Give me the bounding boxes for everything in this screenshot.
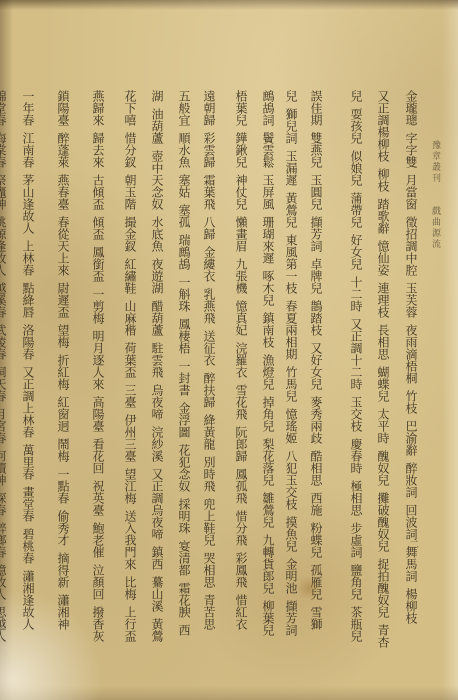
tune-name: 踏歌辭 — [376, 198, 390, 234]
tune-name: 彩鳳飛 — [234, 552, 248, 588]
tune-name: 一點春 — [56, 468, 70, 504]
tune-name: 擷芳詞 — [284, 600, 298, 636]
tune-name: 兜上鞋兒 — [202, 498, 216, 546]
tune-column: 兒耍孩兒似娘兒蒲帶兒好女兒十二時又正調十二時玉交枝慶春時極相思步虛詞鹽角兒茶瓶兒 — [344, 90, 371, 682]
tune-column: 梧葉兒鏵鍬兒神仗兒懶畫眉九張機憶真妃浣羅衣雪花飛阮郎歸鳳孤飛惜分飛彩鳳飛惜紅衣 — [229, 90, 256, 682]
tune-name: 蝴蝶兒 — [376, 366, 390, 402]
tune-name: 萬里春 — [21, 444, 35, 480]
tune-name: 探春 — [0, 492, 7, 516]
scanned-book-page: 豫章叢刊 戲曲源流 二 金瓏璁字字雙月當窗徵招調中腔玉芙蓉夜雨滴梧桐竹枝巴渝辭醉… — [0, 0, 458, 700]
tune-column: 五般宜順水魚塞姑塞孤瑞鷓鴣一斛珠鳳棲梧一封書金浮圖花犯念奴採明珠宴清都霜花腴西 — [172, 90, 197, 682]
tune-name: 荷葉盃 — [123, 342, 137, 378]
tune-name: 黃鶯 — [150, 618, 164, 642]
tune-name: 乳燕飛 — [202, 288, 216, 324]
tune-name: 耍孩兒 — [349, 108, 363, 144]
tune-name: 河瀆神 — [0, 450, 7, 486]
tune-name: 古傾盃 — [91, 174, 105, 210]
tune-name: 上林春 — [21, 240, 35, 276]
tune-name: 巴渝辭 — [404, 420, 418, 456]
tune-name: 明月逐人來 — [91, 330, 105, 390]
tune-name: 茶瓶兒 — [349, 606, 363, 642]
tune-name: 絳黃龍 — [202, 414, 216, 450]
tune-name: 雪獅 — [309, 606, 323, 630]
tune-name: 比梅 — [123, 576, 137, 600]
tune-name: 夜雨滴梧桐 — [404, 324, 418, 384]
tune-name: 憶故人 — [0, 564, 7, 600]
tune-name: 蒲帶兒 — [349, 192, 363, 228]
tune-name: 思越人 — [0, 606, 7, 642]
tune-name: 鎖陽臺 — [56, 90, 70, 126]
tune-name: 玉屏風 — [261, 174, 275, 210]
tune-name: 十二時 — [349, 276, 363, 312]
tune-name: 採明珠 — [177, 498, 191, 534]
tune-name: 望梅 — [56, 324, 70, 348]
tune-name: 又正調烏夜啼 — [150, 468, 164, 540]
tune-name: 八犯玉交枝 — [284, 450, 298, 510]
tune-name: 鎮西 — [150, 546, 164, 570]
tune-name: 黃鶯兒 — [284, 192, 298, 228]
tune-column: 金瓏璁字字雙月當窗徵招調中腔玉芙蓉夜雨滴梧桐竹枝巴渝辭醉妝詞回波詞舞馬詞楊柳枝 — [399, 90, 434, 682]
tune-name: 攤破醜奴兒 — [376, 492, 390, 552]
tune-name: 朝玉階 — [123, 174, 137, 210]
tune-name: 舞馬詞 — [404, 546, 418, 582]
tune-name: 鏵鍬兒 — [234, 132, 248, 168]
tune-name: 連理枝 — [376, 282, 390, 318]
tune-name: 越溪春 — [0, 282, 7, 318]
tune-name: 醜奴兒 — [376, 450, 390, 486]
tune-name: 一年春 — [21, 90, 35, 126]
tune-name: 金瓏璁 — [404, 90, 418, 126]
tune-name: 惜分釵 — [123, 132, 137, 168]
tune-name: 鳳棲梧 — [177, 318, 191, 354]
tune-name: 燕歸來 — [91, 90, 105, 126]
tune-column: 鎖陽臺醉蓬萊燕春臺春從天上來尉遲盃望梅折紅梅紅窗迥鬧梅一點春偷秀才摘得新瀟湘神 — [51, 90, 86, 682]
tune-column: 又正調楊柳枝柳枝踏歌辭憶仙姿連理枝長相思蝴蝶兒太平時醜奴兒攤破醜奴兒捉拍醜奴兒青… — [371, 90, 399, 682]
tune-column: 花下嘻惜分釵朝玉階撮金釵紅繡鞋山麻稭荷葉盃三臺伊州三臺望江梅送入我門來比梅上行盃 — [118, 90, 145, 682]
tune-name: 瑞鷓鴣 — [177, 234, 191, 270]
tune-name: 獅兒詞 — [284, 108, 298, 144]
tune-name: 一封書 — [177, 360, 191, 396]
tune-name: 水底魚 — [150, 216, 164, 252]
tune-name: 懶畫眉 — [234, 216, 248, 252]
tune-name: 一剪梅 — [91, 288, 105, 324]
tune-name: 好女兒 — [349, 234, 363, 270]
tune-name: 醋葫蘆 — [150, 300, 164, 336]
tune-name: 送征衣 — [202, 330, 216, 366]
tune-name: 阮郎歸 — [234, 426, 248, 462]
tune-name: 又正調楊柳枝 — [376, 90, 390, 162]
tune-name: 醉鄉春 — [0, 522, 7, 558]
tune-name: 楊柳枝 — [404, 588, 418, 624]
tune-name: 梨花落兒 — [261, 438, 275, 486]
tune-name: 油葫蘆 — [150, 108, 164, 144]
tune-name: 麥秀兩歧 — [309, 396, 323, 444]
tune-name: 青杏 — [376, 624, 390, 648]
tune-name: 塞姑 — [177, 174, 191, 198]
tune-name: 憶仙姿 — [376, 240, 390, 276]
tune-name: 玉芙蓉 — [404, 282, 418, 318]
tune-name: 鬢雲鬆 — [261, 132, 275, 168]
tune-name: 九轉貨郎兒 — [261, 534, 275, 594]
tune-name: 烏夜啼 — [150, 384, 164, 420]
tune-name: 五般宜 — [177, 90, 191, 126]
tune-name: 望江梅 — [123, 468, 137, 504]
tune-name: 長相思 — [376, 324, 390, 360]
tune-name: 鷓鴣詞 — [261, 90, 275, 126]
tune-name: 憶瑤姬 — [284, 408, 298, 444]
tune-name: 憶真妃 — [234, 300, 248, 336]
tune-name: 折紅梅 — [56, 354, 70, 390]
tune-name: 卓牌兒 — [309, 258, 323, 294]
tune-name: 醉扶歸 — [202, 372, 216, 408]
tune-name: 夜遊湖 — [150, 258, 164, 294]
tune-name: 浣羅衣 — [234, 342, 248, 378]
tune-name: 珊瑚來遲 — [261, 216, 275, 264]
tune-name: 梧葉兒 — [234, 90, 248, 126]
tune-name: 武陵春 — [0, 324, 7, 360]
tune-name: 柳枝 — [376, 168, 390, 192]
tune-name: 別時飛 — [202, 456, 216, 492]
tune-name: 玉圓兒 — [309, 174, 323, 210]
tune-name: 畫堂春 — [21, 486, 35, 522]
tune-name: 桃源逢故人 — [0, 216, 7, 276]
tune-name: 鵲踏枝 — [309, 300, 323, 336]
tune-name: 青苦思 — [202, 594, 216, 630]
tune-name: 歸去來 — [91, 132, 105, 168]
tune-name: 宴清都 — [177, 540, 191, 576]
tune-name: 鎮南枝 — [261, 312, 275, 348]
tune-name: 玉交枝 — [349, 396, 363, 432]
tune-name: 兒 — [284, 90, 298, 102]
tune-name: 柳葉兒 — [261, 600, 275, 636]
tune-name: 江南春 — [21, 132, 35, 168]
tune-name: 彩雲歸 — [202, 132, 216, 168]
tune-column: 燕歸來歸去來古傾盃傾盃鳳銜盃一剪梅明月逐人來高陽臺看花回祝英臺鮑老催泣顏回撥香灰 — [86, 90, 118, 682]
tune-name: 西施 — [309, 492, 323, 516]
tune-name: 似娘兒 — [349, 150, 363, 186]
tune-name: 金浮圖 — [177, 402, 191, 438]
tune-name: 祭竈神 — [0, 174, 7, 210]
tune-name: 湖 — [150, 90, 164, 102]
tune-name: 雙燕兒 — [309, 132, 323, 168]
tune-name: 東風第一枝 — [284, 234, 298, 294]
tune-name: 驀山溪 — [150, 576, 164, 612]
tune-columns: 金瓏璁字字雙月當窗徵招調中腔玉芙蓉夜雨滴梧桐竹枝巴渝辭醉妝詞回波詞舞馬詞楊柳枝又… — [20, 90, 434, 682]
tune-name: 遠朝歸 — [202, 90, 216, 126]
tune-name: 洛陽春 — [21, 324, 35, 360]
tune-name: 摘得新 — [56, 552, 70, 588]
tune-column: 錦堂春海棠春祭竈神桃源逢故人越溪春武陵春洞天春月宮春河瀆神探春醉鄉春憶故人思越人 — [0, 90, 16, 682]
tune-name: 春夏兩相期 — [284, 300, 298, 360]
tune-name: 又正調上林春 — [21, 366, 35, 438]
tune-name: 浣紗溪 — [150, 426, 164, 462]
tune-name: 花下嘻 — [123, 90, 137, 126]
tune-name: 燕春臺 — [56, 174, 70, 210]
tune-name: 洞天春 — [0, 366, 7, 402]
tune-name: 竹枝 — [404, 390, 418, 414]
tune-name: 春從天上來 — [56, 216, 70, 276]
tune-name: 伊州三臺 — [123, 414, 137, 462]
tune-name: 粉蝶兒 — [309, 522, 323, 558]
tune-name: 看花回 — [91, 438, 105, 474]
tune-name: 捉拍醜奴兒 — [376, 558, 390, 618]
tune-name: 誤佳期 — [309, 90, 323, 126]
tune-name: 瀟湘逢故人 — [21, 570, 35, 630]
tune-name: 兒 — [349, 90, 363, 102]
tune-name: 偷秀才 — [56, 510, 70, 546]
tune-name: 紅窗迥 — [56, 396, 70, 432]
tune-name: 啄木兒 — [261, 270, 275, 306]
tune-name: 回波詞 — [404, 504, 418, 540]
tune-name: 漁燈兒 — [261, 354, 275, 390]
tune-name: 月宮春 — [0, 408, 7, 444]
tune-name: 鳳銜盃 — [91, 246, 105, 282]
tune-name: 玉漏遲 — [284, 150, 298, 186]
tune-name: 徵招調中腔 — [404, 216, 418, 276]
tune-name: 花犯念奴 — [177, 444, 191, 492]
tune-name: 紅繡鞋 — [123, 258, 137, 294]
tune-name: 雪花飛 — [234, 384, 248, 420]
tune-name: 字字雙 — [404, 132, 418, 168]
tune-name: 碧桃春 — [21, 528, 35, 564]
tune-name: 霜花腴 — [177, 582, 191, 618]
tune-name: 霜葉飛 — [202, 174, 216, 210]
tune-column: 遠朝歸彩雲歸霜葉飛八歸金縷衣乳燕飛送征衣醉扶歸絳黃龍別時飛兜上鞋兒哭相思青苦思 — [197, 90, 229, 682]
tune-name: 泣顏回 — [91, 564, 105, 600]
tune-column: 湖油葫蘆壺中天念奴水底魚夜遊湖醋葫蘆駐雲飛烏夜啼浣紗溪又正調烏夜啼鎮西驀山溪黃鶯 — [145, 90, 172, 682]
tune-name: 鮑老催 — [91, 522, 105, 558]
tune-name: 神仗兒 — [234, 174, 248, 210]
tune-name: 尉遲盃 — [56, 282, 70, 318]
tune-column: 鷓鴣詞鬢雲鬆玉屏風珊瑚來遲啄木兒鎮南枝漁燈兒掉角兒梨花落兒雛鶯兒九轉貨郎兒柳葉兒 — [256, 90, 279, 682]
paper-stain — [296, 577, 322, 599]
tune-name: 惜紅衣 — [234, 594, 248, 630]
tune-name: 鬧梅 — [56, 438, 70, 462]
tune-name: 極相思 — [349, 480, 363, 516]
tune-name: 山麻稭 — [123, 300, 137, 336]
tune-name: 送入我門來 — [123, 510, 137, 570]
tune-name: 海棠春 — [0, 132, 7, 168]
tune-name: 八歸 — [202, 216, 216, 240]
tune-name: 傾盃 — [91, 216, 105, 240]
tune-name: 擷芳詞 — [309, 216, 323, 252]
tune-name: 撥香灰 — [91, 606, 105, 642]
tune-name: 慶春時 — [349, 438, 363, 474]
tune-name: 撮金釵 — [123, 216, 137, 252]
tune-name: 竹馬兒 — [284, 366, 298, 402]
tune-name: 塞孤 — [177, 204, 191, 228]
tune-name: 點絳唇 — [21, 282, 35, 318]
tune-name: 錦堂春 — [0, 90, 7, 126]
tune-name: 又好女兒 — [309, 342, 323, 390]
tune-name: 駐雲飛 — [150, 342, 164, 378]
tune-name: 月當窗 — [404, 174, 418, 210]
tune-name: 三臺 — [123, 384, 137, 408]
tune-name: 高陽臺 — [91, 396, 105, 432]
tune-name: 摸魚兒 — [284, 516, 298, 552]
tune-name: 一斛珠 — [177, 276, 191, 312]
tune-name: 鳳孤飛 — [234, 468, 248, 504]
tune-name: 順水魚 — [177, 132, 191, 168]
tune-name: 九張機 — [234, 258, 248, 294]
tune-name: 茅山逢故人 — [21, 174, 35, 234]
tune-name: 祝英臺 — [91, 480, 105, 516]
tune-name: 酷相思 — [309, 450, 323, 486]
tune-name: 金縷衣 — [202, 246, 216, 282]
tune-name: 掉角兒 — [261, 396, 275, 432]
tune-name: 哭相思 — [202, 552, 216, 588]
tune-name: 醉蓬萊 — [56, 132, 70, 168]
tune-name: 醉妝詞 — [404, 462, 418, 498]
tune-name: 步虛詞 — [349, 522, 363, 558]
tune-name: 西 — [177, 624, 191, 636]
tune-name: 瀟湘神 — [56, 594, 70, 630]
tune-name: 惜分飛 — [234, 510, 248, 546]
tune-name: 上行盃 — [123, 606, 137, 642]
tune-name: 壺中天念奴 — [150, 150, 164, 210]
tune-name: 雛鶯兒 — [261, 492, 275, 528]
tune-column: 一年春江南春茅山逢故人上林春點絳唇洛陽春又正調上林春萬里春畫堂春碧桃春瀟湘逢故人 — [16, 90, 51, 682]
tune-name: 又正調十二時 — [349, 318, 363, 390]
tune-name: 鹽角兒 — [349, 564, 363, 600]
tune-name: 太平時 — [376, 408, 390, 444]
